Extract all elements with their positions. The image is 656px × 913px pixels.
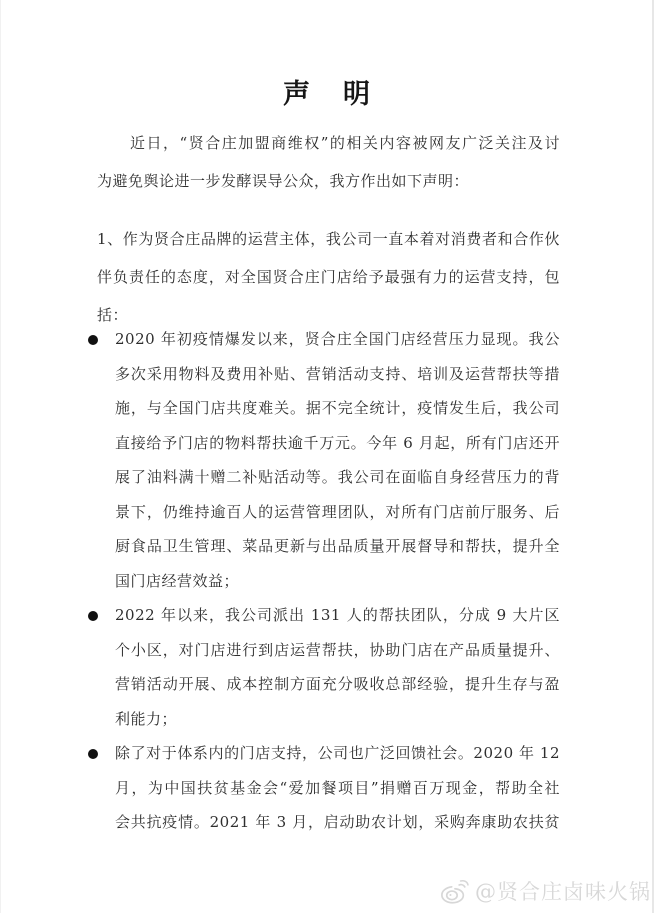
text-line: 除了对于体系内的门店支持，公司也广泛回馈社会。2020 年 12 [115,736,560,771]
text-line: 会共抗疫情。2021 年 3 月，启动助农计划，采购奔康助农扶贫产 [115,805,560,840]
statement-title: 声 明 [0,72,656,111]
numbered-paragraph: 1、作为贤合庄品牌的运营主体，我公司一直本着对消费者和合作伙 伴负责任的态度，对… [97,220,560,334]
text-line: 利能力； [115,702,560,737]
text-line: 厨食品卫生管理、菜品更新与出品质量开展督导和帮扶，提升全 [115,529,560,564]
weibo-watermark: @贤合庄卤味火锅 [439,878,651,906]
bullet-dot-icon [88,749,98,759]
text-line: 营销活动开展、成本控制方面充分吸收总部经验，提升生存与盈 [115,667,560,702]
text-line: 景下，仍维持逾百人的运营管理团队，对所有门店前厅服务、后 [115,495,560,530]
text-line: 直接给予门店的物料帮扶逾千万元。今年 6 月起，所有门店还开 [115,426,560,461]
watermark-handle: @贤合庄卤味火锅 [475,878,651,906]
text-line: 国门店经营效益； [115,564,560,599]
page-left-edge [0,0,1,913]
text-line: 为避免舆论进一步发酵误导公众，我方作出如下声明： [97,162,560,200]
weibo-icon [439,878,469,906]
text-line: 个小区，对门店进行到店运营帮扶，协助门店在产品质量提升、 [115,633,560,668]
bullet-item: 2022 年以来，我公司派出 131 人的帮扶团队，分成 9 大片区 21 个小… [115,598,560,736]
bullet-item: 2020 年初疫情爆发以来，贤合庄全国门店经营压力显现。我公司 多次采用物料及费… [115,322,560,598]
text-line: 2020 年初疫情爆发以来，贤合庄全国门店经营压力显现。我公司 [115,322,560,357]
intro-paragraph: 近日，“贤合庄加盟商维权”的相关内容被网友广泛关注及讨论， 为避免舆论进一步发酵… [97,124,560,200]
text-line: 月，为中国扶贫基金会“爱加餐项目”捐赠百万现金，帮助全社 [115,771,560,806]
bullet-item: 除了对于体系内的门店支持，公司也广泛回馈社会。2020 年 12 月，为中国扶贫… [115,736,560,840]
text-line: 伴负责任的态度，对全国贤合庄门店给予最强有力的运营支持，包 [97,258,560,296]
text-line: 多次采用物料及费用补贴、营销活动支持、培训及运营帮扶等措 [115,357,560,392]
bullet-list: 2020 年初疫情爆发以来，贤合庄全国门店经营压力显现。我公司 多次采用物料及费… [115,322,560,840]
bullet-dot-icon [88,335,98,345]
text-line: 展了油料满十赠二补贴活动等。我公司在面临自身经营压力的背 [115,460,560,495]
page-right-edge [652,0,654,913]
text-line: 2022 年以来，我公司派出 131 人的帮扶团队，分成 9 大片区 21 [115,598,560,633]
text-line: 近日，“贤合庄加盟商维权”的相关内容被网友广泛关注及讨论， [97,124,560,162]
text-line: 1、作为贤合庄品牌的运营主体，我公司一直本着对消费者和合作伙 [97,220,560,258]
bullet-dot-icon [88,611,98,621]
text-line: 施，与全国门店共度难关。据不完全统计，疫情发生后，我公司 [115,391,560,426]
